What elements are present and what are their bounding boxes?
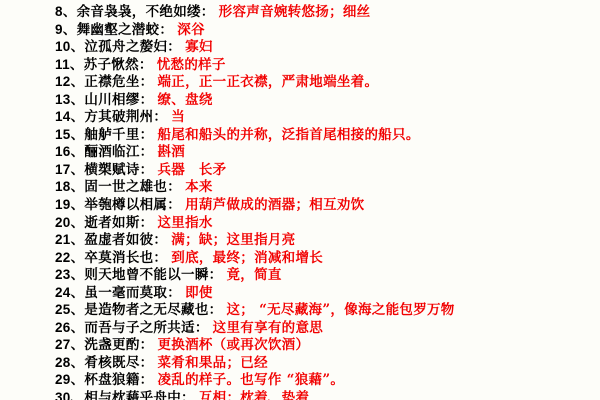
vocab-line: 27、洗盏更酌： 更换酒杯（或再次饮酒） — [55, 336, 594, 354]
vocab-definition: 这里指水 — [157, 215, 212, 231]
vocab-line: 16、酾酒临江： 斟酒 — [55, 143, 594, 161]
vocab-term: 30、相与枕藉乎舟中： — [55, 390, 199, 400]
vocab-term: 28、肴核既尽： — [55, 355, 157, 370]
vocab-line: 10、泣孤舟之嫠妇： 寡妇 — [55, 38, 594, 56]
vocab-definition: 菜肴和果品；已经 — [157, 355, 267, 371]
vocab-definition: 凌乱的样子。也写作 “狼藉”。 — [157, 372, 344, 388]
vocab-term: 27、洗盏更酌： — [55, 337, 157, 352]
vocab-term: 26、而吾与子之所共适： — [55, 320, 213, 335]
vocab-line: 23、则天地曾不能以一瞬： 竟，简直 — [55, 266, 594, 284]
vocab-line: 11、苏子愀然： 忧愁的样子 — [55, 56, 594, 74]
vocab-line: 15、舳舻千里： 船尾和船头的并称，泛指首尾相接的船只。 — [55, 126, 594, 144]
vocab-line: 21、盈虚者如彼： 满；缺；这里指月亮 — [55, 231, 594, 249]
vocab-definition: 这； “无尽藏海”，像海之能包罗万物 — [226, 302, 454, 318]
vocab-definition: 到底，最终；消减和增长 — [171, 250, 323, 266]
vocab-line: 13、山川相缪： 缭、盘绕 — [55, 91, 594, 109]
vocab-definition: 忧愁的样子 — [157, 57, 226, 73]
vocab-definition: 船尾和船头的并称，泛指首尾相接的船只。 — [157, 127, 419, 143]
vocab-definition: 缭、盘绕 — [157, 92, 212, 108]
vocab-line: 29、杯盘狼籍： 凌乱的样子。也写作 “狼藉”。 — [55, 371, 594, 389]
vocab-line: 18、固一世之雄也： 本来 — [55, 178, 594, 196]
vocab-definition: 当 — [171, 109, 185, 125]
vocab-definition: 这里有享有的意思 — [213, 320, 323, 336]
vocab-list: 8、余音袅袅，不绝如缕： 形容声音婉转悠扬；细丝 9、舞幽壑之潜蛟： 深谷 10… — [55, 3, 594, 400]
vocab-term: 8、余音袅袅，不绝如缕： — [55, 4, 219, 19]
document-page: 8、余音袅袅，不绝如缕： 形容声音婉转悠扬；细丝 9、舞幽壑之潜蛟： 深谷 10… — [0, 0, 600, 400]
vocab-term: 22、卒莫消长也： — [55, 250, 171, 265]
vocab-definition: 竟，简直 — [226, 267, 281, 283]
vocab-term: 9、舞幽壑之潜蛟： — [55, 22, 177, 37]
vocab-definition: 深谷 — [177, 22, 205, 38]
vocab-line: 8、余音袅袅，不绝如缕： 形容声音婉转悠扬；细丝 — [55, 3, 594, 21]
vocab-term: 19、举匏樽以相属： — [55, 197, 185, 212]
vocab-term: 15、舳舻千里： — [55, 127, 157, 142]
vocab-definition: 满；缺；这里指月亮 — [171, 232, 295, 248]
vocab-definition: 用葫芦做成的酒器；相互劝饮 — [185, 197, 364, 213]
vocab-line: 24、虽一毫而莫取： 即使 — [55, 284, 594, 302]
vocab-term: 25、是造物者之无尽藏也： — [55, 302, 226, 317]
vocab-line: 25、是造物者之无尽藏也： 这； “无尽藏海”，像海之能包罗万物 — [55, 301, 594, 319]
vocab-line: 14、方其破荆州： 当 — [55, 108, 594, 126]
vocab-term: 12、正襟危坐： — [55, 74, 157, 89]
vocab-definition: 本来 — [185, 179, 213, 195]
vocab-definition: 更换酒杯（或再次饮酒） — [157, 337, 309, 353]
vocab-definition: 端正，正一正衣襟，严肃地端坐着。 — [157, 74, 378, 90]
vocab-term: 14、方其破荆州： — [55, 109, 171, 124]
vocab-definition: 互相；枕着、垫着 — [199, 390, 309, 400]
vocab-term: 24、虽一毫而莫取： — [55, 285, 185, 300]
vocab-term: 20、逝者如斯： — [55, 215, 157, 230]
vocab-term: 18、固一世之雄也： — [55, 179, 185, 194]
vocab-term: 29、杯盘狼籍： — [55, 372, 157, 387]
vocab-line: 22、卒莫消长也： 到底，最终；消减和增长 — [55, 249, 594, 267]
vocab-line: 12、正襟危坐： 端正，正一正衣襟，严肃地端坐着。 — [55, 73, 594, 91]
vocab-line: 30、相与枕藉乎舟中： 互相；枕着、垫着 — [55, 389, 594, 400]
vocab-definition: 形容声音婉转悠扬；细丝 — [219, 4, 371, 20]
vocab-term: 21、盈虚者如彼： — [55, 232, 171, 247]
vocab-line: 26、而吾与子之所共适： 这里有享有的意思 — [55, 319, 594, 337]
vocab-definition: 即使 — [185, 285, 213, 301]
vocab-line: 9、舞幽壑之潜蛟： 深谷 — [55, 21, 594, 39]
vocab-term: 10、泣孤舟之嫠妇： — [55, 39, 185, 54]
vocab-line: 19、举匏樽以相属： 用葫芦做成的酒器；相互劝饮 — [55, 196, 594, 214]
vocab-line: 28、肴核既尽： 菜肴和果品；已经 — [55, 354, 594, 372]
vocab-term: 11、苏子愀然： — [55, 57, 157, 72]
vocab-line: 20、逝者如斯： 这里指水 — [55, 214, 594, 232]
vocab-term: 16、酾酒临江： — [55, 144, 157, 159]
vocab-definition: 兵器 长矛 — [157, 162, 226, 178]
vocab-definition: 斟酒 — [157, 144, 185, 160]
vocab-term: 23、则天地曾不能以一瞬： — [55, 267, 226, 282]
vocab-line: 17、横槊赋诗： 兵器 长矛 — [55, 161, 594, 179]
vocab-term: 13、山川相缪： — [55, 92, 157, 107]
vocab-term: 17、横槊赋诗： — [55, 162, 157, 177]
vocab-definition: 寡妇 — [185, 39, 213, 55]
